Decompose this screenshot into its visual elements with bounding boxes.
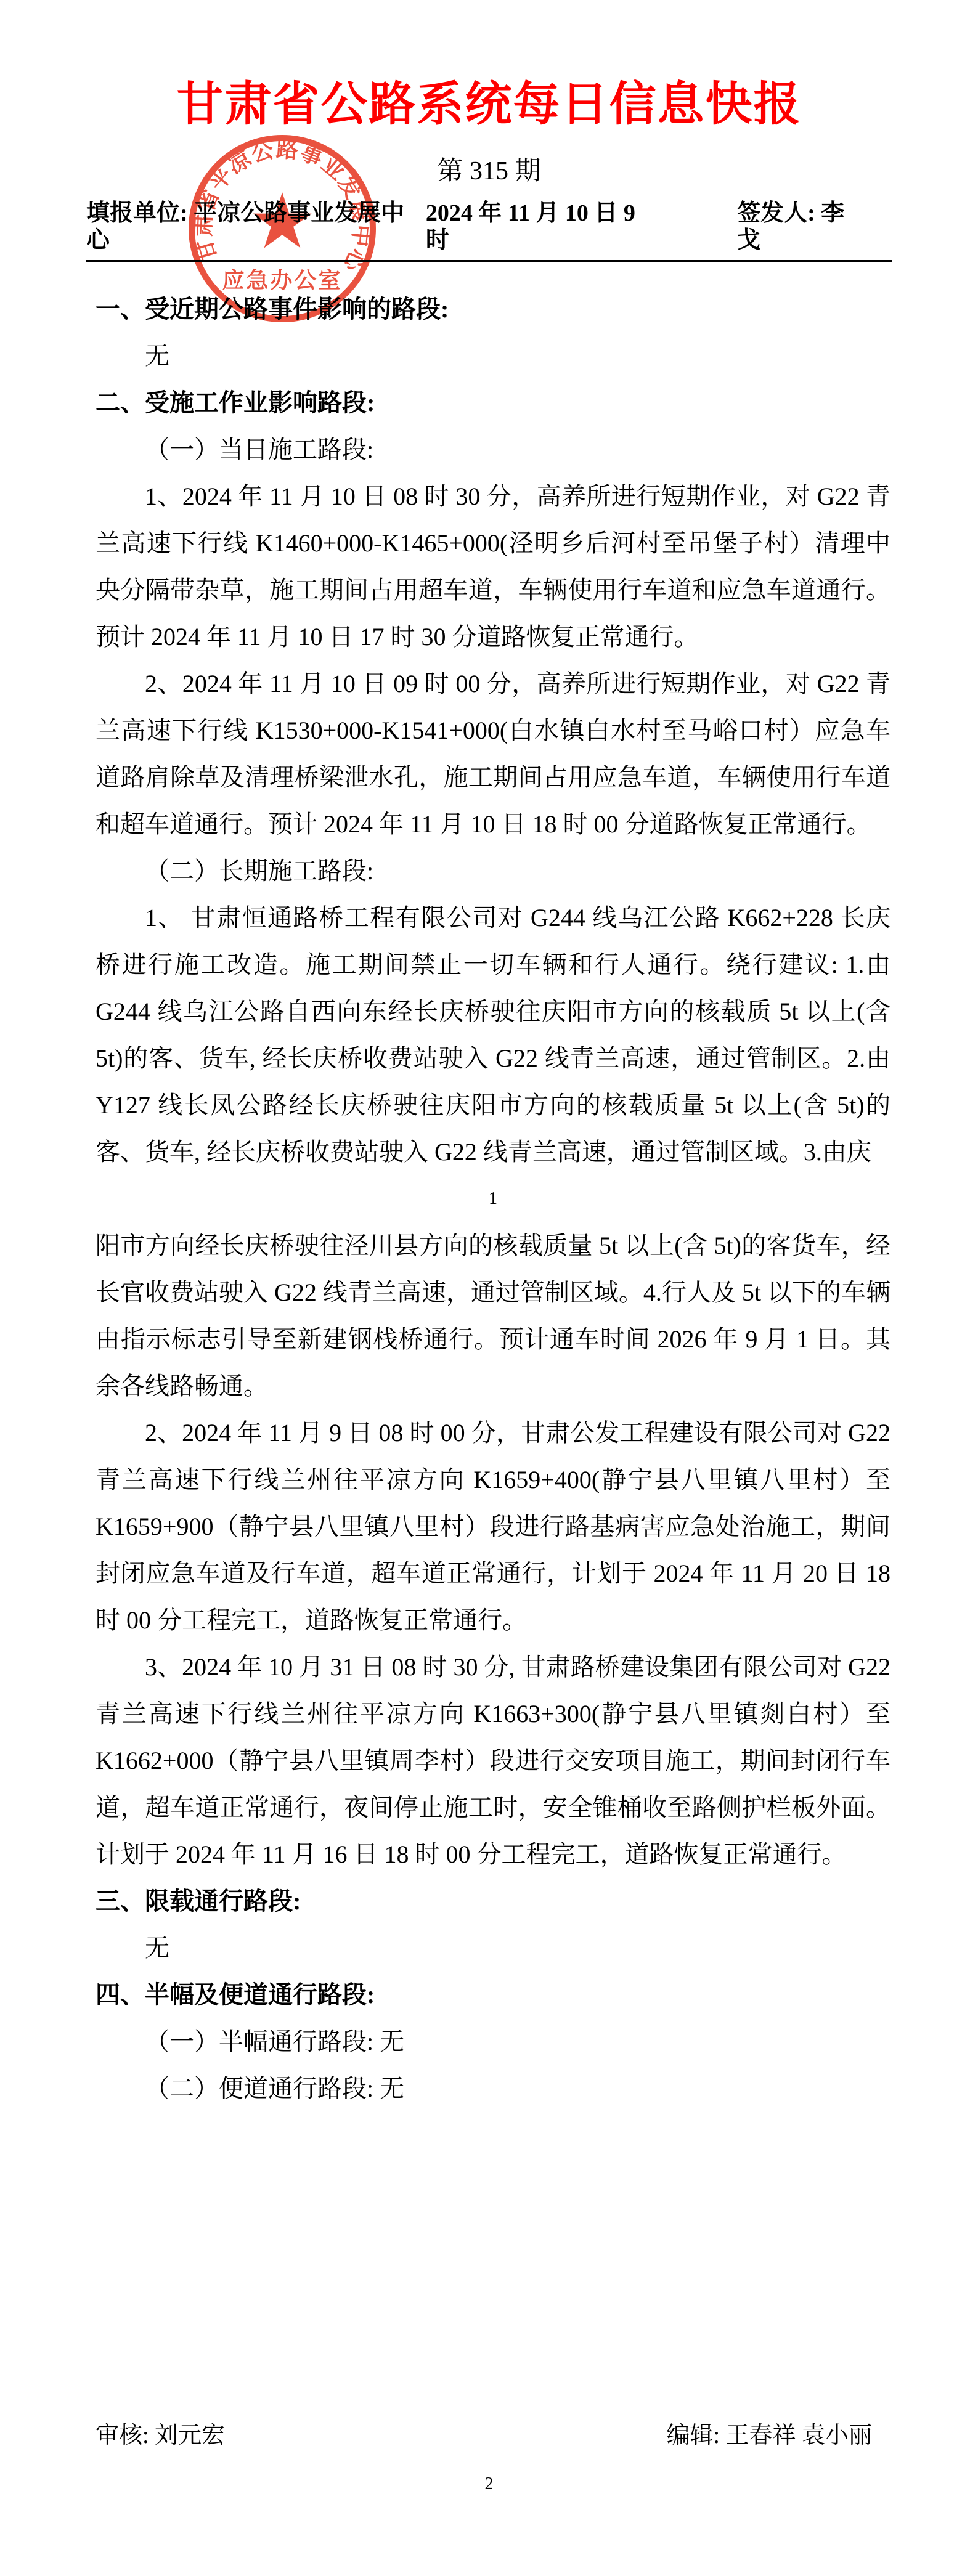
paragraph-longterm-3: 3、2024 年 10 月 31 日 08 时 30 分, 甘肃路桥建设集团有限… bbox=[96, 1644, 890, 1878]
section-4-sub-2: （二）便道通行路段: 无 bbox=[96, 2065, 890, 2112]
footer-reviewer: 审核: 刘元宏 bbox=[96, 2421, 225, 2450]
page-2-number: 2 bbox=[0, 2472, 978, 2497]
footer-editors: 编辑: 王春祥 袁小丽 bbox=[666, 2421, 890, 2450]
section-1-none: 无 bbox=[96, 333, 890, 380]
section-1-heading: 一、受近期公路事件影响的路段: bbox=[96, 286, 890, 333]
section-3-none: 无 bbox=[96, 1925, 890, 1972]
header-datetime: 2024 年 11 月 10 日 9 时 bbox=[426, 200, 737, 254]
section-4-heading: 四、半幅及便道通行路段: bbox=[96, 1972, 890, 2018]
paragraph-daily-2: 2、2024 年 11 月 10 日 09 时 00 分，高养所进行短期作业，对… bbox=[96, 660, 890, 848]
page-1-number: 1 bbox=[96, 1176, 890, 1222]
section-2-sub-1: （一）当日施工路段: bbox=[96, 426, 890, 473]
document-page: 甘肃省公路系统每日信息快报 第 315 期 填报单位: 平凉公路事业发展中心 2… bbox=[0, 0, 978, 2576]
paragraph-longterm-1-part2: 阳市方向经长庆桥驶往泾川县方向的核载质量 5t 以上(含 5t)的客货车，经长官… bbox=[96, 1222, 890, 1410]
section-4-sub-1: （一）半幅通行路段: 无 bbox=[96, 2018, 890, 2065]
paragraph-longterm-1-part1: 1、 甘肃恒通路桥工程有限公司对 G244 线乌江公路 K662+228 长庆桥… bbox=[96, 895, 890, 1176]
section-3-heading: 三、限载通行路段: bbox=[96, 1878, 890, 1925]
header-row: 填报单位: 平凉公路事业发展中心 2024 年 11 月 10 日 9 时 签发… bbox=[86, 200, 892, 262]
section-2-heading: 二、受施工作业影响路段: bbox=[96, 380, 890, 426]
header-reporting-unit: 填报单位: 平凉公路事业发展中心 bbox=[86, 200, 426, 254]
paragraph-longterm-2: 2、2024 年 11 月 9 日 08 时 00 分，甘肃公发工程建设有限公司… bbox=[96, 1410, 890, 1644]
section-2-sub-2: （二）长期施工路段: bbox=[96, 848, 890, 895]
document-footer: 审核: 刘元宏 编辑: 王春祥 袁小丽 bbox=[96, 2421, 890, 2450]
doc-title: 甘肃省公路系统每日信息快报 bbox=[0, 79, 978, 131]
document-body: 一、受近期公路事件影响的路段: 无 二、受施工作业影响路段: （一）当日施工路段… bbox=[0, 286, 978, 2112]
header-signer: 签发人: 李戈 bbox=[737, 200, 892, 254]
issue-number: 第 315 期 bbox=[0, 156, 978, 186]
paragraph-daily-1: 1、2024 年 11 月 10 日 08 时 30 分，高养所进行短期作业，对… bbox=[96, 473, 890, 660]
